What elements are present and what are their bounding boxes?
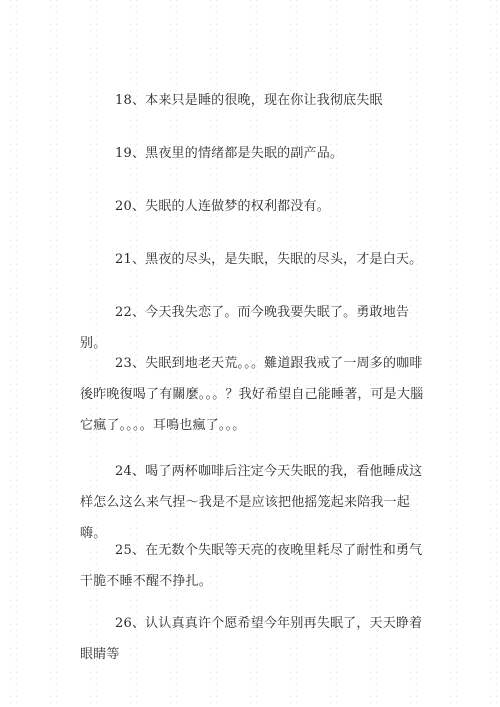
list-item-21: 21、黑夜的尽头，是失眠，失眠的尽头，才是白天。	[80, 244, 432, 275]
list-item-23: 23、失眠到地老天荒。。。難道跟我戒了一周多的咖啡後昨晚復喝了有關麼。。。？我好…	[80, 348, 432, 441]
list-item-26: 26、认认真真许个愿希望今年别再失眠了，天天睁着眼睛等	[80, 608, 432, 670]
list-item-19: 19、黑夜里的情绪都是失眠的副产品。	[80, 138, 432, 169]
list-item-20: 20、失眠的人连做梦的权利都没有。	[80, 191, 432, 222]
list-item-18: 18、本来只是睡的很晚，现在你让我彻底失眠	[80, 85, 432, 116]
document-page: 18、本来只是睡的很晚，现在你让我彻底失眠 19、黑夜里的情绪都是失眠的副产品。…	[0, 0, 500, 707]
list-item-25: 25、在无数个失眠等天亮的夜晚里耗尽了耐性和勇气干脆不睡不醒不挣扎。	[80, 535, 432, 597]
